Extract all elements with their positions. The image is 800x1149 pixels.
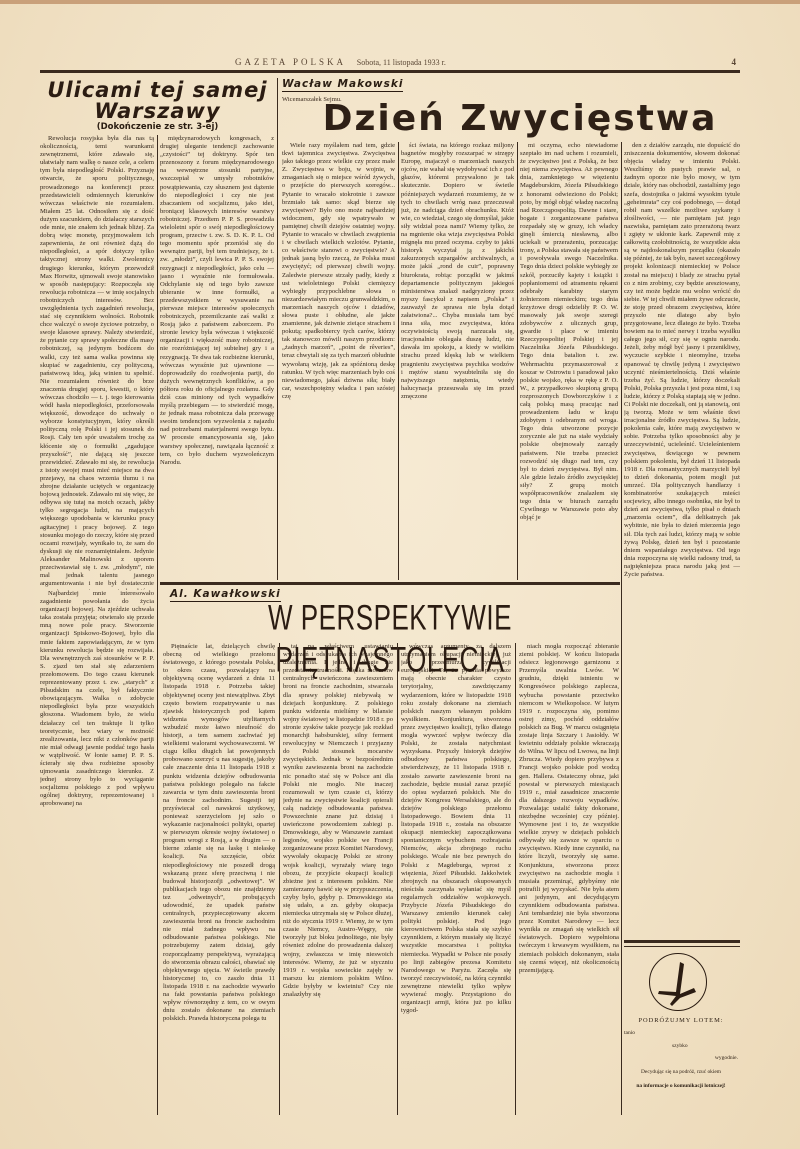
header-rule xyxy=(40,70,740,73)
ad-word-fast: szybko xyxy=(672,1043,688,1049)
article-divider xyxy=(277,78,278,580)
lot-advertisement[interactable]: PODRÓŻUJMY LOTEM: tanio szybko wygodnie.… xyxy=(622,945,740,1120)
page-edge xyxy=(0,0,800,4)
column-divider xyxy=(397,643,398,1115)
article-bottom-column-4: niach mogła rozpocząć zbieranie ziemi po… xyxy=(519,643,619,1115)
article-right-column-3: mi oczyma, echo niewiadome szeptało im n… xyxy=(520,142,618,580)
article-right-column-1: Wiele razy myślałem nad tem, gdzie tkwi … xyxy=(282,142,395,580)
article-left-subtitle: (Dokończenie ze str. 3-ej) xyxy=(40,122,275,132)
ad-slogan: PODRÓŻUJMY LOTEM: xyxy=(622,1017,740,1024)
column-divider xyxy=(517,142,518,580)
column-divider xyxy=(157,135,158,590)
article-right-column-2: ści świata, na którego rozkaz miljony ba… xyxy=(401,142,514,580)
article-left-title: Ulicami tej samej Warszawy xyxy=(40,80,275,122)
ad-word-cheap: tanio xyxy=(624,1030,635,1036)
column-divider xyxy=(157,590,158,1115)
article-left-column-2: Najbardziej mnie interesowało zagadnieni… xyxy=(40,590,154,1115)
article-left-column-3: międzynarodowych kongresach, z drugiej u… xyxy=(160,135,274,590)
column-divider xyxy=(398,142,399,580)
article-bottom-column-1: Piętnaście lat, dzielących chwilę obecną… xyxy=(163,643,275,1115)
issue-date: Sobota, 11 listopada 1933 r. xyxy=(357,58,446,67)
article-right-author: Wacław Makowski xyxy=(282,78,403,92)
page-number: 4 xyxy=(732,57,737,67)
column-divider xyxy=(515,643,516,1115)
masthead: GAZETA POLSKA xyxy=(235,57,346,67)
article-bottom-column-3: wówczas argumenty za dalszem utrzymaniem… xyxy=(401,643,511,1115)
column-divider xyxy=(279,643,280,1115)
article-right-title: Dzień Zwycięstwa xyxy=(310,100,730,138)
article-bottom-column-2: taj na właściwem ustawianiu wydarzeń i o… xyxy=(283,643,393,1115)
lot-crane-logo-icon xyxy=(649,953,707,1011)
article-left-column-1: Rewolucja rosyjska była dla nas tą okoli… xyxy=(40,135,154,590)
article-right-column-4: den z działów zarządu, nie dopuścić do z… xyxy=(624,142,740,937)
section-rule xyxy=(160,582,620,585)
ad-word-comfortable: wygodnie. xyxy=(715,1055,738,1061)
ad-info-line-2: na informacje o komunikacji lotniczej! xyxy=(622,1083,740,1089)
ad-info-line-1: Decydując się na podróż, rzuć okiem xyxy=(622,1069,740,1075)
page-header: GAZETA POLSKA Sobota, 11 listopada 1933 … xyxy=(40,57,740,71)
ad-rule xyxy=(624,940,740,943)
